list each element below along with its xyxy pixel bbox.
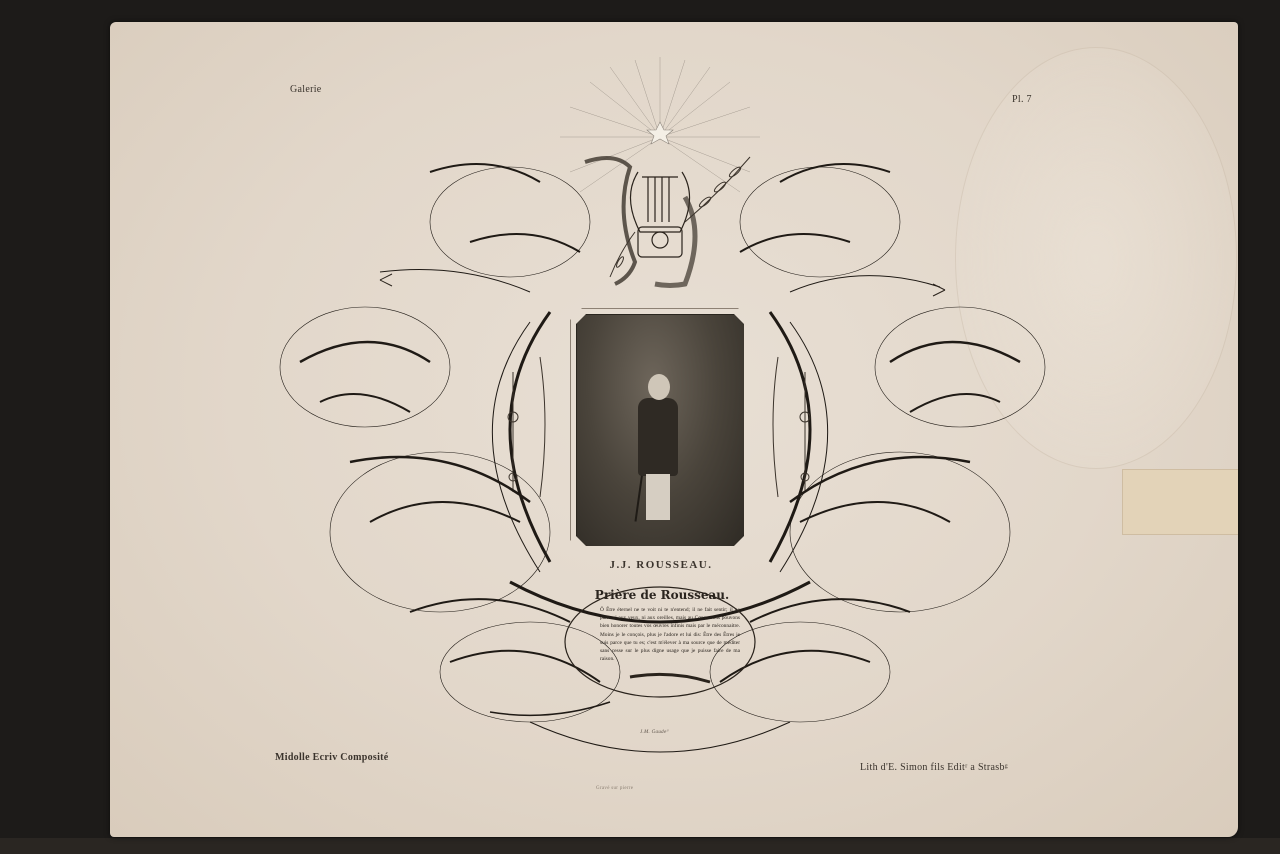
flourish-left [280, 164, 620, 722]
arrow-left-icon [380, 274, 392, 286]
table-surface [0, 838, 1280, 854]
floral-column-left [508, 357, 545, 497]
portrait-caption: J.J. ROUSSEAU. [586, 559, 736, 571]
prayer-text: Ô Être éternel ne te voit ni te n'entend… [600, 606, 740, 663]
flourish-right [710, 164, 1045, 722]
figure-stockings [646, 474, 670, 520]
figure-coat [638, 398, 678, 476]
prayer-title: Prière de Rousseau. [592, 588, 732, 602]
lyre-icon [630, 172, 689, 257]
laurel-branch-icon [610, 157, 750, 277]
figure-head [648, 374, 670, 400]
print-sheet: Galerie Pl. 7 Midolle Ecriv Composité Li… [110, 22, 1238, 837]
ribbon-icon [585, 158, 635, 284]
